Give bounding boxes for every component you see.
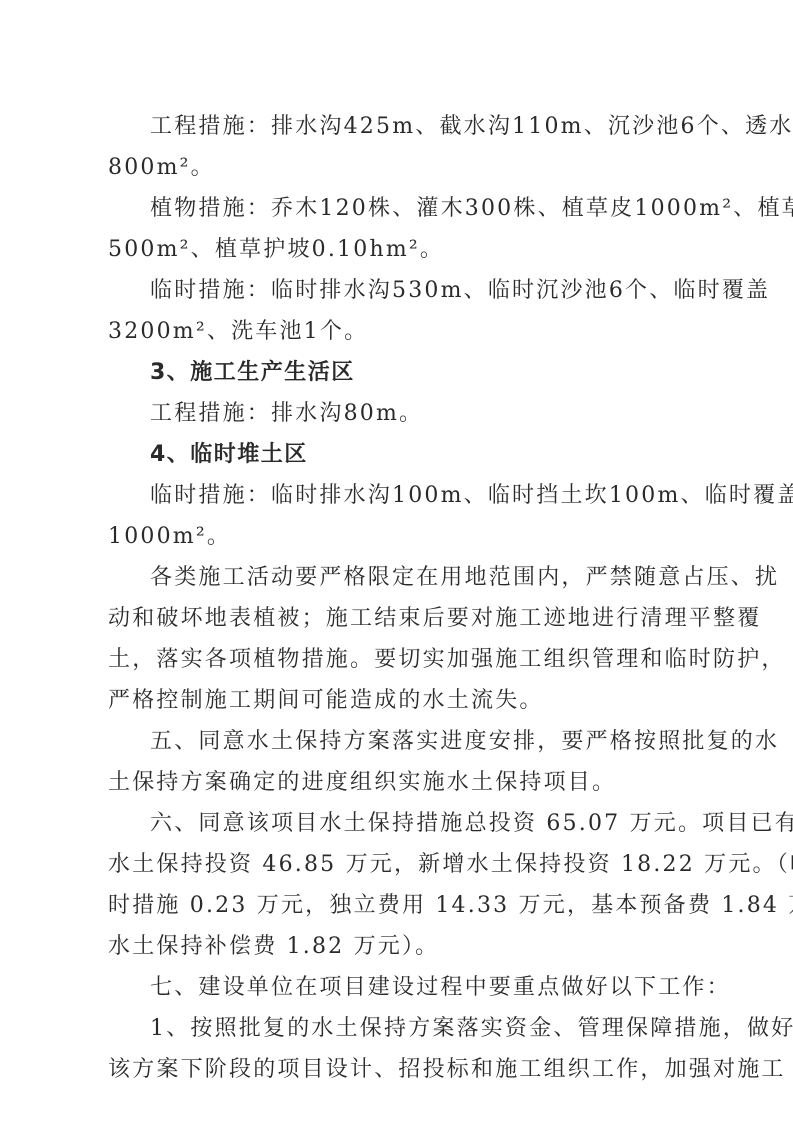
section-heading: 3、施工生产生活区 [150, 358, 355, 388]
text-line: 500m²、植草护坡0.10hm²。 [108, 235, 444, 265]
text-line: 严格控制施工期间可能造成的水土流失。 [108, 686, 544, 716]
text-line: 水土保持投资 46.85 万元，新增水土保持投资 18.22 万元。（临 [108, 850, 793, 880]
text-line: 动和破坏地表植被；施工结束后要对施工迹地进行清理平整覆 [108, 604, 761, 634]
text-line: 1000m²。 [108, 522, 231, 552]
text-line: 植物措施：乔木120株、灌木300株、植草皮1000m²、植草砖 [150, 194, 793, 224]
text-line: 七、建设单位在项目建设过程中要重点做好以下工作： [150, 973, 731, 1003]
text-line: 临时措施：临时排水沟100m、临时挡土坎100m、临时覆盖 [150, 481, 793, 511]
text-line: 工程措施：排水沟80m。 [150, 399, 423, 429]
text-line: 时措施 0.23 万元，独立费用 14.33 万元，基本预备费 1.84 万元， [108, 891, 793, 921]
text-line: 土，落实各项植物措施。要切实加强施工组织管理和临时防护， [108, 645, 786, 675]
text-line: 各类施工活动要严格限定在用地范围内，严禁随意占压、扰 [150, 563, 779, 593]
text-line: 工程措施：排水沟425m、截水沟110m、沉沙池6个、透水砖 [150, 112, 793, 142]
section-heading: 4、临时堆土区 [150, 440, 308, 470]
text-line: 该方案下阶段的项目设计、招投标和施工组织工作，加强对施工 [108, 1055, 786, 1085]
text-line: 3200m²、洗车池1个。 [108, 317, 368, 347]
text-line: 临时措施：临时排水沟530m、临时沉沙池6个、临时覆盖 [150, 276, 770, 306]
text-line: 800m²。 [108, 153, 215, 183]
text-line: 1、按照批复的水土保持方案落实资金、管理保障措施，做好 [150, 1014, 793, 1044]
text-line: 水土保持补偿费 1.82 万元）。 [108, 932, 439, 962]
text-line: 五、同意水土保持方案落实进度安排，要严格按照批复的水 [150, 727, 779, 757]
text-line: 土保持方案确定的进度组织实施水土保持项目。 [108, 768, 616, 798]
text-line: 六、同意该项目水土保持措施总投资 65.07 万元。项目已有 [150, 809, 793, 839]
